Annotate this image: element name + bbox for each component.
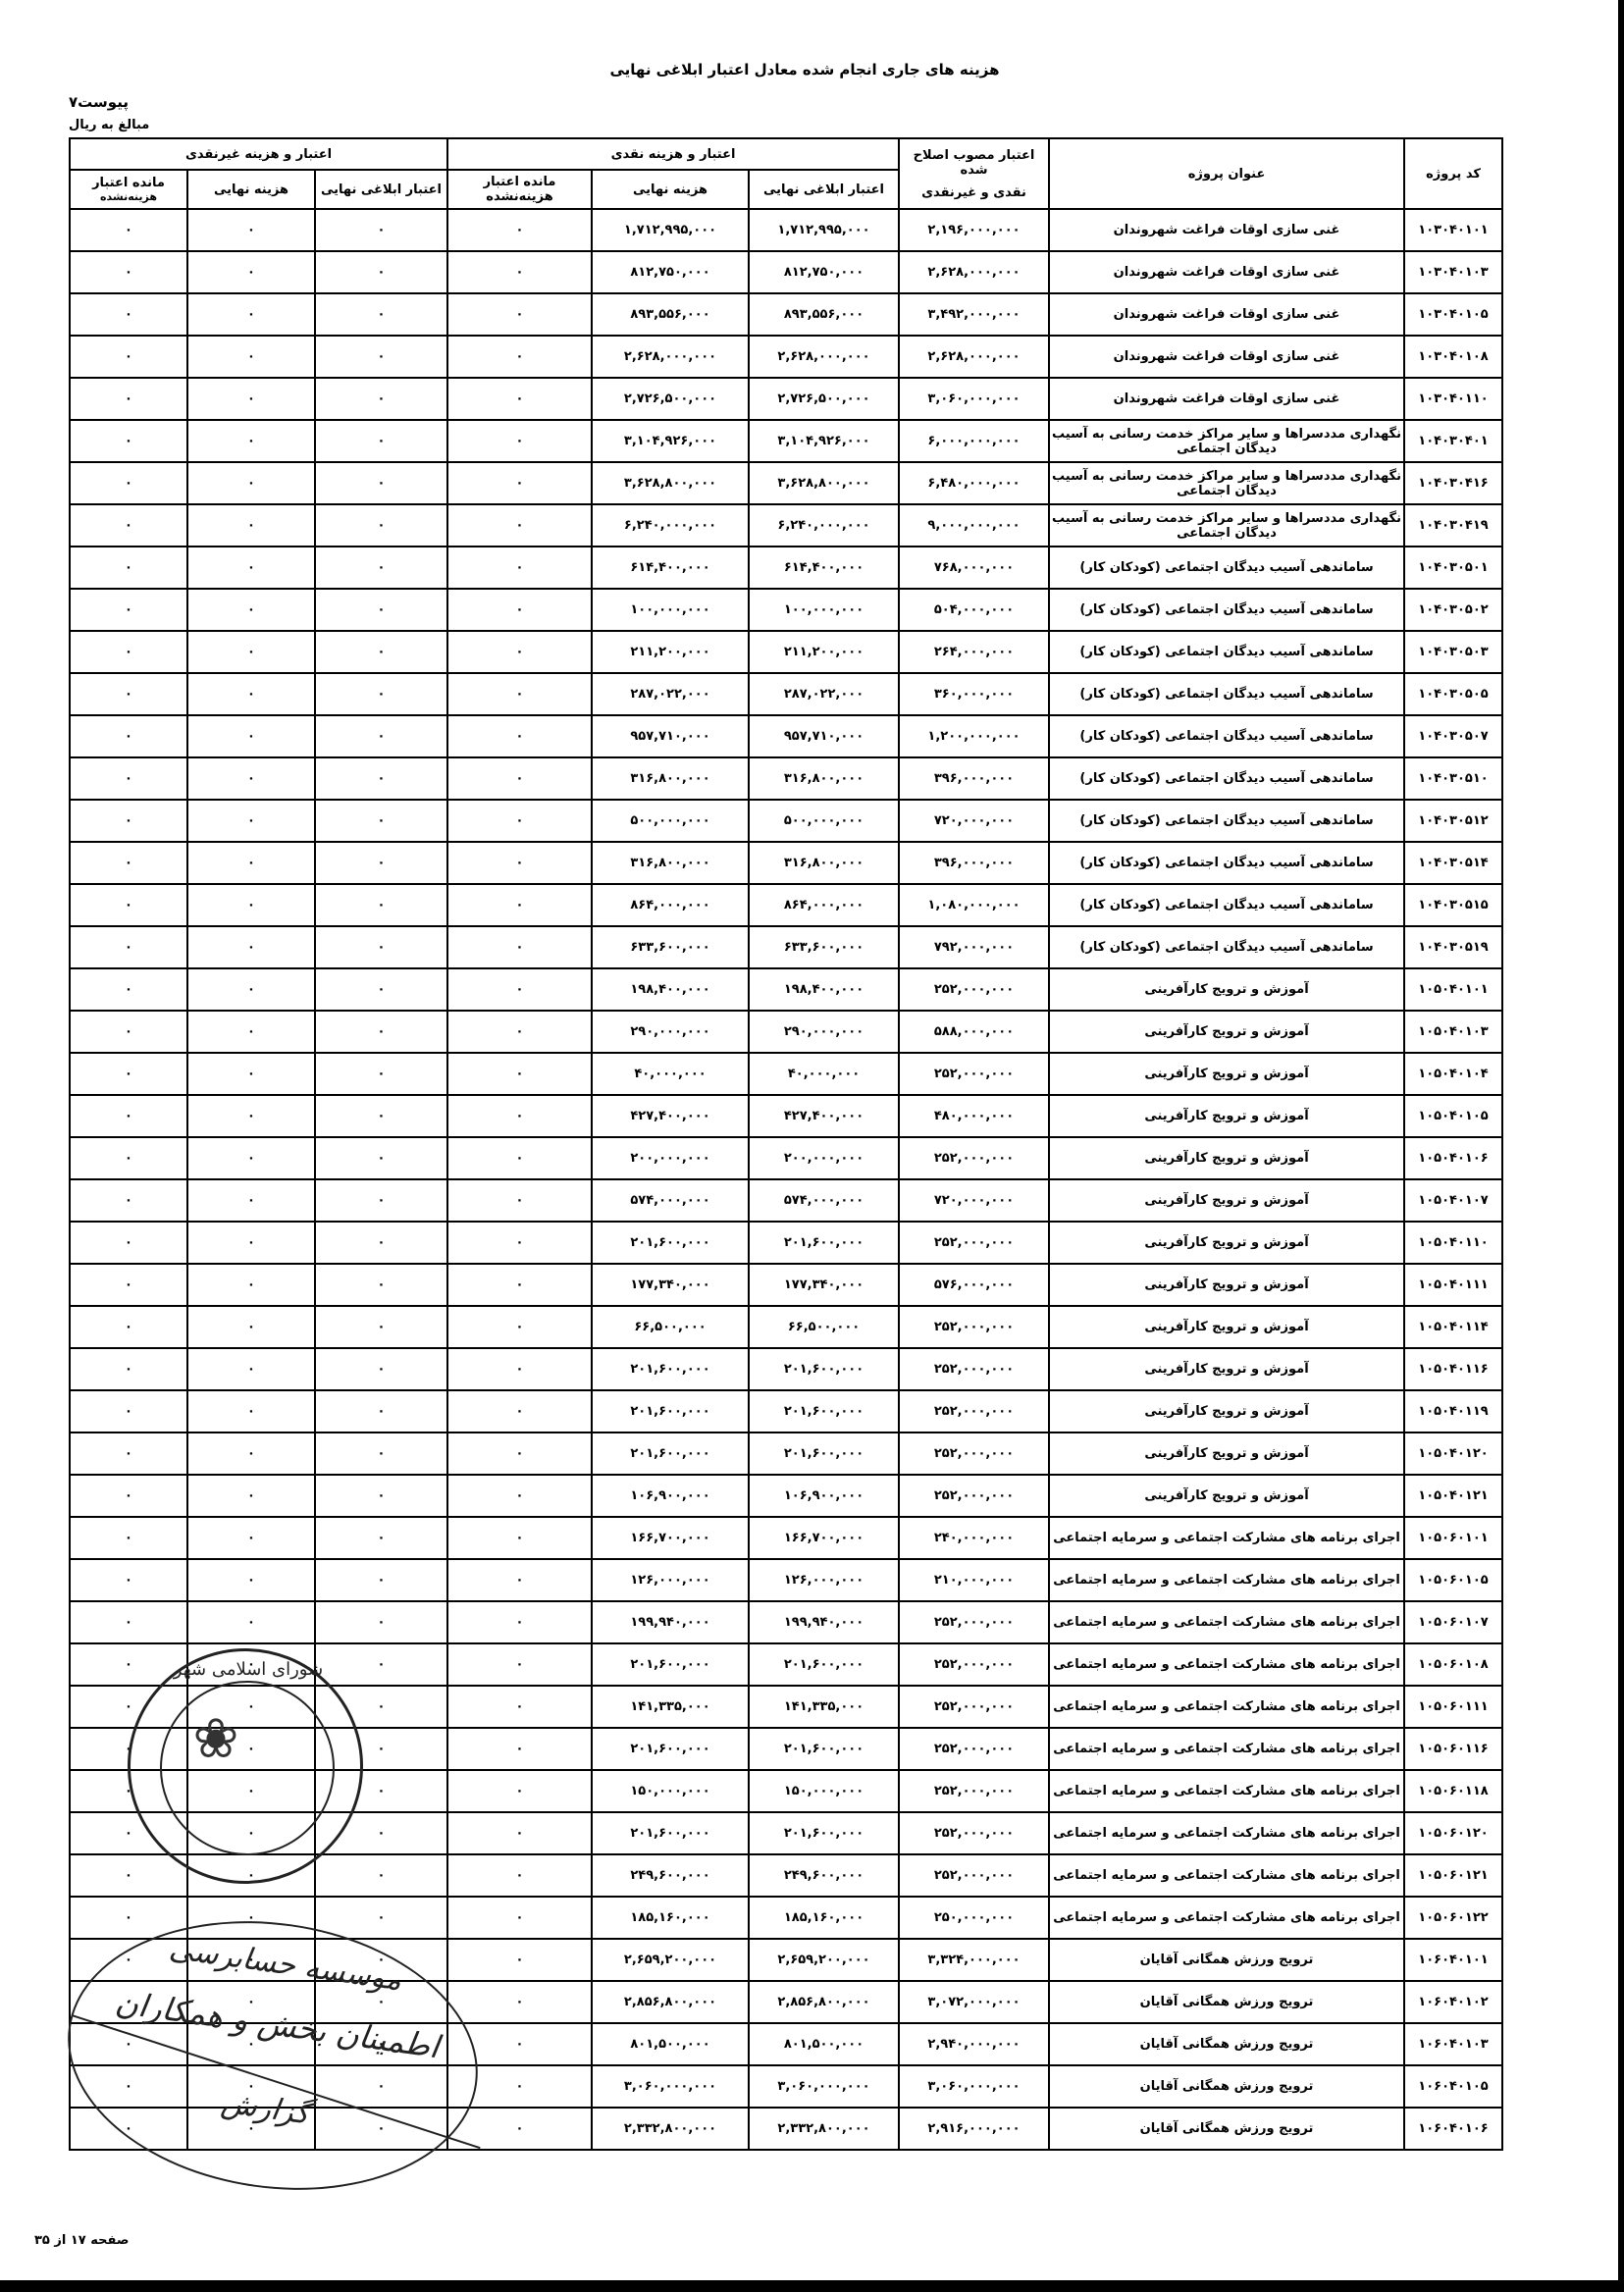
row-noncash-remaining: ۰ (70, 1348, 187, 1390)
row-cash-remaining: ۰ (447, 1475, 592, 1517)
row-noncash-remaining: ۰ (70, 1053, 187, 1095)
row-cash-allocated: ۶,۲۴۰,۰۰۰,۰۰۰ (749, 504, 899, 547)
row-cash-expense: ۳,۶۲۸,۸۰۰,۰۰۰ (592, 462, 749, 504)
row-cash-allocated: ۳۱۶,۸۰۰,۰۰۰ (749, 842, 899, 884)
row-noncash-allocated: ۰ (315, 1517, 447, 1559)
row-code: ۱۰۳۰۴۰۱۰۱ (1404, 209, 1502, 251)
row-cash-expense: ۶۳۳,۶۰۰,۰۰۰ (592, 926, 749, 968)
table-row: ۱۰۳۰۴۰۱۰۸غنی سازی اوقات فراغت شهروندان۲,… (70, 336, 1502, 378)
row-cash-allocated: ۵۰۰,۰۰۰,۰۰۰ (749, 800, 899, 842)
row-title: آموزش و ترویج کارآفرینی (1049, 1053, 1404, 1095)
row-approved: ۷۹۲,۰۰۰,۰۰۰ (899, 926, 1049, 968)
row-noncash-remaining: ۰ (70, 757, 187, 800)
row-code: ۱۰۴۰۳۰۵۰۷ (1404, 715, 1502, 757)
row-noncash-allocated: ۰ (315, 1854, 447, 1897)
row-title: آموزش و ترویج کارآفرینی (1049, 1390, 1404, 1432)
row-code: ۱۰۵۰۴۰۱۰۳ (1404, 1011, 1502, 1053)
row-title: نگهداری مددسراها و سایر مراکز خدمت رسانی… (1049, 504, 1404, 547)
row-noncash-remaining: ۰ (70, 504, 187, 547)
row-noncash-expense: ۰ (187, 1053, 315, 1095)
scan-edge (0, 2280, 1624, 2292)
row-cash-allocated: ۲,۶۵۹,۲۰۰,۰۰۰ (749, 1939, 899, 1981)
row-noncash-allocated: ۰ (315, 884, 447, 926)
table-row: ۱۰۵۰۴۰۱۱۶آموزش و ترویج کارآفرینی۲۵۲,۰۰۰,… (70, 1348, 1502, 1390)
row-noncash-remaining: ۰ (70, 1854, 187, 1897)
row-cash-remaining: ۰ (447, 1601, 592, 1643)
col-header-noncash-expense: هزینه نهایی (187, 170, 315, 209)
row-title: ساماندهی آسیب دیدگان اجتماعی (کودکان کار… (1049, 800, 1404, 842)
row-cash-remaining: ۰ (447, 1728, 592, 1770)
row-approved: ۲۴۰,۰۰۰,۰۰۰ (899, 1517, 1049, 1559)
row-cash-expense: ۱۹۹,۹۴۰,۰۰۰ (592, 1601, 749, 1643)
row-cash-expense: ۲,۸۵۶,۸۰۰,۰۰۰ (592, 1981, 749, 2023)
row-approved: ۲۶۴,۰۰۰,۰۰۰ (899, 631, 1049, 673)
row-noncash-allocated: ۰ (315, 1601, 447, 1643)
table-row: ۱۰۵۰۴۰۱۱۹آموزش و ترویج کارآفرینی۲۵۲,۰۰۰,… (70, 1390, 1502, 1432)
row-approved: ۱,۰۸۰,۰۰۰,۰۰۰ (899, 884, 1049, 926)
row-cash-remaining: ۰ (447, 1897, 592, 1939)
row-title: اجرای برنامه های مشارکت اجتماعی و سرمایه… (1049, 1728, 1404, 1770)
row-noncash-remaining: ۰ (70, 1517, 187, 1559)
row-code: ۱۰۴۰۳۰۵۱۰ (1404, 757, 1502, 800)
row-noncash-expense: ۰ (187, 673, 315, 715)
row-noncash-remaining: ۰ (70, 884, 187, 926)
row-approved: ۷۲۰,۰۰۰,۰۰۰ (899, 800, 1049, 842)
row-cash-allocated: ۲۸۷,۰۲۲,۰۰۰ (749, 673, 899, 715)
row-noncash-expense: ۰ (187, 1011, 315, 1053)
row-code: ۱۰۵۰۴۰۱۰۶ (1404, 1137, 1502, 1179)
row-approved: ۲,۹۴۰,۰۰۰,۰۰۰ (899, 2023, 1049, 2065)
table-row: ۱۰۵۰۶۰۱۰۷اجرای برنامه های مشارکت اجتماعی… (70, 1601, 1502, 1643)
table-row: ۱۰۴۰۳۰۵۱۴ساماندهی آسیب دیدگان اجتماعی (ک… (70, 842, 1502, 884)
table-row: ۱۰۴۰۳۰۵۱۹ساماندهی آسیب دیدگان اجتماعی (ک… (70, 926, 1502, 968)
row-cash-allocated: ۲۹۰,۰۰۰,۰۰۰ (749, 1011, 899, 1053)
row-title: آموزش و ترویج کارآفرینی (1049, 1264, 1404, 1306)
row-cash-expense: ۲۹۰,۰۰۰,۰۰۰ (592, 1011, 749, 1053)
row-approved: ۵۰۴,۰۰۰,۰۰۰ (899, 589, 1049, 631)
row-noncash-allocated: ۰ (315, 1390, 447, 1432)
council-seal-text: شورای اسلامی شهر (170, 1659, 327, 1680)
row-code: ۱۰۵۰۴۰۱۰۷ (1404, 1179, 1502, 1222)
row-code: ۱۰۴۰۳۰۴۰۱ (1404, 420, 1502, 462)
row-cash-allocated: ۲۰۱,۶۰۰,۰۰۰ (749, 1222, 899, 1264)
row-cash-remaining: ۰ (447, 1517, 592, 1559)
row-noncash-expense: ۰ (187, 209, 315, 251)
row-title: اجرای برنامه های مشارکت اجتماعی و سرمایه… (1049, 1601, 1404, 1643)
row-noncash-allocated: ۰ (315, 1559, 447, 1601)
row-cash-expense: ۲۰۱,۶۰۰,۰۰۰ (592, 1728, 749, 1770)
row-cash-allocated: ۵۷۴,۰۰۰,۰۰۰ (749, 1179, 899, 1222)
row-approved: ۴۸۰,۰۰۰,۰۰۰ (899, 1095, 1049, 1137)
row-noncash-allocated: ۰ (315, 968, 447, 1011)
row-title: ساماندهی آسیب دیدگان اجتماعی (کودکان کار… (1049, 631, 1404, 673)
table-row: ۱۰۵۰۴۰۱۱۰آموزش و ترویج کارآفرینی۲۵۲,۰۰۰,… (70, 1222, 1502, 1264)
row-code: ۱۰۴۰۳۰۵۱۴ (1404, 842, 1502, 884)
row-cash-remaining: ۰ (447, 1306, 592, 1348)
table-row: ۱۰۴۰۳۰۵۱۲ساماندهی آسیب دیدگان اجتماعی (ک… (70, 800, 1502, 842)
scan-edge (1618, 0, 1624, 2292)
row-code: ۱۰۶۰۴۰۱۰۱ (1404, 1939, 1502, 1981)
row-cash-allocated: ۳,۶۲۸,۸۰۰,۰۰۰ (749, 462, 899, 504)
row-cash-allocated: ۱۹۹,۹۴۰,۰۰۰ (749, 1601, 899, 1643)
row-code: ۱۰۴۰۳۰۵۱۹ (1404, 926, 1502, 968)
row-code: ۱۰۵۰۶۰۱۱۸ (1404, 1770, 1502, 1812)
row-title: ترویج ورزش همگانی آقایان (1049, 1939, 1404, 1981)
row-title: آموزش و ترویج کارآفرینی (1049, 1011, 1404, 1053)
row-cash-remaining: ۰ (447, 378, 592, 420)
row-code: ۱۰۵۰۴۰۱۰۴ (1404, 1053, 1502, 1095)
row-cash-expense: ۶۱۴,۴۰۰,۰۰۰ (592, 547, 749, 589)
row-cash-expense: ۱۷۷,۳۴۰,۰۰۰ (592, 1264, 749, 1306)
row-cash-allocated: ۲,۸۵۶,۸۰۰,۰۰۰ (749, 1981, 899, 2023)
row-cash-expense: ۵۷۴,۰۰۰,۰۰۰ (592, 1179, 749, 1222)
row-cash-remaining: ۰ (447, 1137, 592, 1179)
row-code: ۱۰۴۰۳۰۵۰۳ (1404, 631, 1502, 673)
row-cash-remaining: ۰ (447, 1643, 592, 1686)
row-cash-allocated: ۶۶,۵۰۰,۰۰۰ (749, 1306, 899, 1348)
row-approved: ۲۵۲,۰۰۰,۰۰۰ (899, 1053, 1049, 1095)
row-noncash-expense: ۰ (187, 504, 315, 547)
row-noncash-allocated: ۰ (315, 378, 447, 420)
table-row: ۱۰۴۰۳۰۵۰۲ساماندهی آسیب دیدگان اجتماعی (ک… (70, 589, 1502, 631)
row-title: اجرای برنامه های مشارکت اجتماعی و سرمایه… (1049, 1854, 1404, 1897)
row-noncash-expense: ۰ (187, 1095, 315, 1137)
table-row: ۱۰۴۰۳۰۵۱۰ساماندهی آسیب دیدگان اجتماعی (ک… (70, 757, 1502, 800)
row-approved: ۳۶۰,۰۰۰,۰۰۰ (899, 673, 1049, 715)
row-noncash-remaining: ۰ (70, 800, 187, 842)
row-cash-allocated: ۲۰۱,۶۰۰,۰۰۰ (749, 1643, 899, 1686)
row-cash-allocated: ۸۱۲,۷۵۰,۰۰۰ (749, 251, 899, 293)
row-cash-allocated: ۶۳۳,۶۰۰,۰۰۰ (749, 926, 899, 968)
row-cash-expense: ۴۲۷,۴۰۰,۰۰۰ (592, 1095, 749, 1137)
row-title: اجرای برنامه های مشارکت اجتماعی و سرمایه… (1049, 1517, 1404, 1559)
row-code: ۱۰۵۰۶۰۱۱۱ (1404, 1686, 1502, 1728)
row-cash-expense: ۱۴۱,۳۳۵,۰۰۰ (592, 1686, 749, 1728)
row-code: ۱۰۵۰۶۰۱۰۷ (1404, 1601, 1502, 1643)
row-code: ۱۰۴۰۳۰۵۰۵ (1404, 673, 1502, 715)
row-noncash-expense: ۰ (187, 715, 315, 757)
row-code: ۱۰۵۰۴۰۱۰۵ (1404, 1095, 1502, 1137)
row-code: ۱۰۴۰۳۰۴۱۹ (1404, 504, 1502, 547)
row-cash-remaining: ۰ (447, 1559, 592, 1601)
row-cash-allocated: ۱۴۱,۳۳۵,۰۰۰ (749, 1686, 899, 1728)
row-approved: ۲۵۲,۰۰۰,۰۰۰ (899, 1432, 1049, 1475)
row-noncash-expense: ۰ (187, 631, 315, 673)
row-code: ۱۰۴۰۳۰۵۰۲ (1404, 589, 1502, 631)
row-noncash-expense: ۰ (187, 378, 315, 420)
row-title: آموزش و ترویج کارآفرینی (1049, 1432, 1404, 1475)
row-cash-expense: ۱,۷۱۲,۹۹۵,۰۰۰ (592, 209, 749, 251)
row-approved: ۳,۰۶۰,۰۰۰,۰۰۰ (899, 2065, 1049, 2108)
row-code: ۱۰۶۰۴۰۱۰۲ (1404, 1981, 1502, 2023)
row-title: ترویج ورزش همگانی آقایان (1049, 2065, 1404, 2108)
row-cash-remaining: ۰ (447, 1053, 592, 1095)
document-title: هزینه های جاری انجام شده معادل اعتبار اب… (550, 61, 1060, 78)
row-noncash-expense: ۰ (187, 884, 315, 926)
row-code: ۱۰۵۰۶۰۱۲۲ (1404, 1897, 1502, 1939)
row-noncash-remaining: ۰ (70, 209, 187, 251)
row-title: اجرای برنامه های مشارکت اجتماعی و سرمایه… (1049, 1686, 1404, 1728)
row-cash-expense: ۱۸۵,۱۶۰,۰۰۰ (592, 1897, 749, 1939)
row-cash-allocated: ۲۱۱,۲۰۰,۰۰۰ (749, 631, 899, 673)
row-cash-expense: ۳,۰۶۰,۰۰۰,۰۰۰ (592, 2065, 749, 2108)
row-cash-expense: ۲۰۱,۶۰۰,۰۰۰ (592, 1432, 749, 1475)
row-approved: ۶,۴۸۰,۰۰۰,۰۰۰ (899, 462, 1049, 504)
row-cash-allocated: ۴۰,۰۰۰,۰۰۰ (749, 1053, 899, 1095)
table-row: ۱۰۵۰۴۰۱۱۱آموزش و ترویج کارآفرینی۵۷۶,۰۰۰,… (70, 1264, 1502, 1306)
row-noncash-expense: ۰ (187, 1559, 315, 1601)
row-cash-expense: ۱۶۶,۷۰۰,۰۰۰ (592, 1517, 749, 1559)
row-title: آموزش و ترویج کارآفرینی (1049, 1137, 1404, 1179)
row-noncash-expense: ۰ (187, 1390, 315, 1432)
row-title: ساماندهی آسیب دیدگان اجتماعی (کودکان کار… (1049, 589, 1404, 631)
row-cash-remaining: ۰ (447, 968, 592, 1011)
row-cash-remaining: ۰ (447, 1770, 592, 1812)
row-noncash-remaining: ۰ (70, 293, 187, 336)
row-title: غنی سازی اوقات فراغت شهروندان (1049, 251, 1404, 293)
row-approved: ۵۸۸,۰۰۰,۰۰۰ (899, 1011, 1049, 1053)
row-approved: ۲۵۲,۰۰۰,۰۰۰ (899, 1686, 1049, 1728)
row-noncash-remaining: ۰ (70, 968, 187, 1011)
row-noncash-expense: ۰ (187, 589, 315, 631)
row-noncash-expense: ۰ (187, 1348, 315, 1390)
row-title: نگهداری مددسراها و سایر مراکز خدمت رسانی… (1049, 462, 1404, 504)
col-header-approved: اعتبار مصوب اصلاح شده نقدی و غیرنقدی (899, 138, 1049, 209)
row-code: ۱۰۵۰۴۰۱۰۱ (1404, 968, 1502, 1011)
row-code: ۱۰۵۰۴۰۱۲۰ (1404, 1432, 1502, 1475)
row-noncash-expense: ۰ (187, 1264, 315, 1306)
table-row: ۱۰۵۰۴۰۱۰۳آموزش و ترویج کارآفرینی۵۸۸,۰۰۰,… (70, 1011, 1502, 1053)
row-cash-remaining: ۰ (447, 1095, 592, 1137)
row-cash-allocated: ۸۰۱,۵۰۰,۰۰۰ (749, 2023, 899, 2065)
row-approved: ۲,۶۲۸,۰۰۰,۰۰۰ (899, 336, 1049, 378)
row-cash-expense: ۸۹۳,۵۵۶,۰۰۰ (592, 293, 749, 336)
row-cash-allocated: ۲۰۱,۶۰۰,۰۰۰ (749, 1812, 899, 1854)
row-approved: ۹,۰۰۰,۰۰۰,۰۰۰ (899, 504, 1049, 547)
row-noncash-allocated: ۰ (315, 1053, 447, 1095)
row-title: ساماندهی آسیب دیدگان اجتماعی (کودکان کار… (1049, 926, 1404, 968)
row-cash-expense: ۱۰۰,۰۰۰,۰۰۰ (592, 589, 749, 631)
row-cash-expense: ۲۴۹,۶۰۰,۰۰۰ (592, 1854, 749, 1897)
row-approved: ۲۵۲,۰۰۰,۰۰۰ (899, 1475, 1049, 1517)
row-approved: ۲۵۲,۰۰۰,۰۰۰ (899, 1390, 1049, 1432)
table-row: ۱۰۵۰۶۰۱۰۵اجرای برنامه های مشارکت اجتماعی… (70, 1559, 1502, 1601)
row-approved: ۲۵۲,۰۰۰,۰۰۰ (899, 1643, 1049, 1686)
row-noncash-remaining: ۰ (70, 547, 187, 589)
table-row: ۱۰۵۰۴۰۱۱۴آموزش و ترویج کارآفرینی۲۵۲,۰۰۰,… (70, 1306, 1502, 1348)
row-code: ۱۰۵۰۴۰۱۱۱ (1404, 1264, 1502, 1306)
row-cash-expense: ۲۰۱,۶۰۰,۰۰۰ (592, 1812, 749, 1854)
row-code: ۱۰۶۰۴۰۱۰۳ (1404, 2023, 1502, 2065)
row-approved: ۲۵۲,۰۰۰,۰۰۰ (899, 1601, 1049, 1643)
row-noncash-remaining: ۰ (70, 631, 187, 673)
table-row: ۱۰۵۰۴۰۱۰۱آموزش و ترویج کارآفرینی۲۵۲,۰۰۰,… (70, 968, 1502, 1011)
col-header-noncash-remaining-line1: مانده اعتبار (71, 176, 186, 190)
row-cash-expense: ۹۵۷,۷۱۰,۰۰۰ (592, 715, 749, 757)
row-noncash-allocated: ۰ (315, 420, 447, 462)
row-code: ۱۰۴۰۳۰۵۱۵ (1404, 884, 1502, 926)
currency-unit-note: مبالغ به ریال (69, 118, 149, 132)
row-cash-allocated: ۲۰۱,۶۰۰,۰۰۰ (749, 1348, 899, 1390)
col-header-approved-line1: اعتبار مصوب اصلاح شده (900, 148, 1048, 178)
row-cash-allocated: ۲,۷۲۶,۵۰۰,۰۰۰ (749, 378, 899, 420)
row-noncash-allocated: ۰ (315, 715, 447, 757)
row-noncash-expense: ۰ (187, 842, 315, 884)
col-header-noncash-allocated: اعتبار ابلاغی نهایی (315, 170, 447, 209)
row-noncash-allocated: ۰ (315, 842, 447, 884)
group-header-cash: اعتبار و هزینه نقدی (447, 138, 899, 170)
row-code: ۱۰۳۰۴۰۱۰۵ (1404, 293, 1502, 336)
row-approved: ۲,۶۲۸,۰۰۰,۰۰۰ (899, 251, 1049, 293)
row-title: ساماندهی آسیب دیدگان اجتماعی (کودکان کار… (1049, 842, 1404, 884)
row-cash-remaining: ۰ (447, 842, 592, 884)
row-cash-remaining: ۰ (447, 1179, 592, 1222)
row-noncash-allocated: ۰ (315, 673, 447, 715)
row-approved: ۲۵۲,۰۰۰,۰۰۰ (899, 1137, 1049, 1179)
row-cash-remaining: ۰ (447, 1011, 592, 1053)
table-row: ۱۰۳۰۴۰۱۱۰غنی سازی اوقات فراغت شهروندان۳,… (70, 378, 1502, 420)
table-row: ۱۰۴۰۳۰۵۱۵ساماندهی آسیب دیدگان اجتماعی (ک… (70, 884, 1502, 926)
row-approved: ۲۵۲,۰۰۰,۰۰۰ (899, 968, 1049, 1011)
table-row: ۱۰۴۰۳۰۴۱۹نگهداری مددسراها و سایر مراکز خ… (70, 504, 1502, 547)
row-code: ۱۰۳۰۴۰۱۰۸ (1404, 336, 1502, 378)
seal-inner-ring (160, 1681, 335, 1855)
row-cash-allocated: ۲,۶۲۸,۰۰۰,۰۰۰ (749, 336, 899, 378)
row-approved: ۱,۲۰۰,۰۰۰,۰۰۰ (899, 715, 1049, 757)
row-title: ساماندهی آسیب دیدگان اجتماعی (کودکان کار… (1049, 715, 1404, 757)
table-row: ۱۰۴۰۳۰۵۰۵ساماندهی آسیب دیدگان اجتماعی (ک… (70, 673, 1502, 715)
row-cash-remaining: ۰ (447, 336, 592, 378)
row-noncash-expense: ۰ (187, 1222, 315, 1264)
row-noncash-remaining: ۰ (70, 1264, 187, 1306)
row-cash-allocated: ۸۹۳,۵۵۶,۰۰۰ (749, 293, 899, 336)
row-cash-remaining: ۰ (447, 1390, 592, 1432)
row-code: ۱۰۳۰۴۰۱۰۳ (1404, 251, 1502, 293)
row-noncash-allocated: ۰ (315, 1179, 447, 1222)
row-code: ۱۰۵۰۴۰۱۱۶ (1404, 1348, 1502, 1390)
row-cash-allocated: ۹۵۷,۷۱۰,۰۰۰ (749, 715, 899, 757)
row-cash-allocated: ۱۵۰,۰۰۰,۰۰۰ (749, 1770, 899, 1812)
row-noncash-expense: ۰ (187, 420, 315, 462)
row-cash-expense: ۳,۱۰۴,۹۲۶,۰۰۰ (592, 420, 749, 462)
row-noncash-allocated: ۰ (315, 209, 447, 251)
row-code: ۱۰۳۰۴۰۱۱۰ (1404, 378, 1502, 420)
row-noncash-allocated: ۰ (315, 504, 447, 547)
row-noncash-remaining: ۰ (70, 1601, 187, 1643)
row-cash-expense: ۲۰۱,۶۰۰,۰۰۰ (592, 1643, 749, 1686)
council-seal-stamp: شورای اسلامی شهر ❀ (128, 1648, 363, 1884)
row-title: ترویج ورزش همگانی آقایان (1049, 2108, 1404, 2150)
row-noncash-allocated: ۰ (315, 462, 447, 504)
row-cash-remaining: ۰ (447, 1686, 592, 1728)
row-cash-allocated: ۱,۷۱۲,۹۹۵,۰۰۰ (749, 209, 899, 251)
row-title: اجرای برنامه های مشارکت اجتماعی و سرمایه… (1049, 1897, 1404, 1939)
table-row: ۱۰۴۰۳۰۴۱۶نگهداری مددسراها و سایر مراکز خ… (70, 462, 1502, 504)
row-cash-allocated: ۲۰۱,۶۰۰,۰۰۰ (749, 1728, 899, 1770)
row-cash-expense: ۵۰۰,۰۰۰,۰۰۰ (592, 800, 749, 842)
row-noncash-allocated: ۰ (315, 926, 447, 968)
row-noncash-remaining: ۰ (70, 1475, 187, 1517)
row-cash-expense: ۲۱۱,۲۰۰,۰۰۰ (592, 631, 749, 673)
row-approved: ۲۵۲,۰۰۰,۰۰۰ (899, 1306, 1049, 1348)
row-cash-expense: ۲,۳۳۲,۸۰۰,۰۰۰ (592, 2108, 749, 2150)
row-approved: ۲۱۰,۰۰۰,۰۰۰ (899, 1559, 1049, 1601)
row-title: نگهداری مددسراها و سایر مراکز خدمت رسانی… (1049, 420, 1404, 462)
row-approved: ۲۵۲,۰۰۰,۰۰۰ (899, 1770, 1049, 1812)
row-noncash-expense: ۰ (187, 1475, 315, 1517)
col-header-cash-remaining: مانده اعتبار هزینه‌نشده (447, 170, 592, 209)
row-title: اجرای برنامه های مشارکت اجتماعی و سرمایه… (1049, 1770, 1404, 1812)
row-noncash-expense: ۰ (187, 1306, 315, 1348)
row-title: غنی سازی اوقات فراغت شهروندان (1049, 209, 1404, 251)
row-cash-remaining: ۰ (447, 800, 592, 842)
row-code: ۱۰۶۰۴۰۱۰۶ (1404, 2108, 1502, 2150)
row-noncash-remaining: ۰ (70, 673, 187, 715)
row-approved: ۲۵۰,۰۰۰,۰۰۰ (899, 1897, 1049, 1939)
row-cash-allocated: ۱۲۶,۰۰۰,۰۰۰ (749, 1559, 899, 1601)
row-title: ساماندهی آسیب دیدگان اجتماعی (کودکان کار… (1049, 547, 1404, 589)
row-noncash-expense: ۰ (187, 293, 315, 336)
row-cash-allocated: ۲۰۰,۰۰۰,۰۰۰ (749, 1137, 899, 1179)
row-code: ۱۰۵۰۴۰۱۱۰ (1404, 1222, 1502, 1264)
row-cash-allocated: ۱۸۵,۱۶۰,۰۰۰ (749, 1897, 899, 1939)
row-title: اجرای برنامه های مشارکت اجتماعی و سرمایه… (1049, 1812, 1404, 1854)
row-approved: ۲۵۲,۰۰۰,۰۰۰ (899, 1348, 1049, 1390)
row-approved: ۳,۴۹۲,۰۰۰,۰۰۰ (899, 293, 1049, 336)
row-cash-remaining: ۰ (447, 462, 592, 504)
row-title: غنی سازی اوقات فراغت شهروندان (1049, 378, 1404, 420)
row-cash-remaining: ۰ (447, 504, 592, 547)
row-approved: ۲۵۲,۰۰۰,۰۰۰ (899, 1222, 1049, 1264)
group-header-noncash: اعتبار و هزینه غیرنقدی (70, 138, 447, 170)
table-row: ۱۰۴۰۳۰۵۰۷ساماندهی آسیب دیدگان اجتماعی (ک… (70, 715, 1502, 757)
row-approved: ۳,۳۲۴,۰۰۰,۰۰۰ (899, 1939, 1049, 1981)
row-cash-remaining: ۰ (447, 589, 592, 631)
row-cash-expense: ۸۶۴,۰۰۰,۰۰۰ (592, 884, 749, 926)
row-noncash-remaining: ۰ (70, 715, 187, 757)
row-cash-allocated: ۲,۳۳۲,۸۰۰,۰۰۰ (749, 2108, 899, 2150)
page-number: صفحه ۱۷ از ۳۵ (34, 2233, 129, 2248)
row-cash-expense: ۳۱۶,۸۰۰,۰۰۰ (592, 842, 749, 884)
row-cash-expense: ۸۱۲,۷۵۰,۰۰۰ (592, 251, 749, 293)
row-noncash-allocated: ۰ (315, 800, 447, 842)
table-row: ۱۰۵۰۴۰۱۰۴آموزش و ترویج کارآفرینی۲۵۲,۰۰۰,… (70, 1053, 1502, 1095)
row-approved: ۲۵۲,۰۰۰,۰۰۰ (899, 1728, 1049, 1770)
row-code: ۱۰۶۰۴۰۱۰۵ (1404, 2065, 1502, 2108)
table-row: ۱۰۵۰۴۰۱۲۰آموزش و ترویج کارآفرینی۲۵۲,۰۰۰,… (70, 1432, 1502, 1475)
row-cash-expense: ۲,۶۲۸,۰۰۰,۰۰۰ (592, 336, 749, 378)
col-header-code: کد پروژه (1404, 138, 1502, 209)
row-cash-expense: ۱۰۶,۹۰۰,۰۰۰ (592, 1475, 749, 1517)
row-noncash-remaining: ۰ (70, 462, 187, 504)
row-cash-expense: ۲۰۰,۰۰۰,۰۰۰ (592, 1137, 749, 1179)
row-noncash-allocated: ۰ (315, 293, 447, 336)
row-cash-expense: ۲,۶۵۹,۲۰۰,۰۰۰ (592, 1939, 749, 1981)
row-title: ساماندهی آسیب دیدگان اجتماعی (کودکان کار… (1049, 884, 1404, 926)
row-cash-remaining: ۰ (447, 926, 592, 968)
row-cash-remaining: ۰ (447, 884, 592, 926)
row-cash-remaining: ۰ (447, 1222, 592, 1264)
row-code: ۱۰۵۰۶۰۱۲۰ (1404, 1812, 1502, 1854)
row-cash-allocated: ۴۲۷,۴۰۰,۰۰۰ (749, 1095, 899, 1137)
row-approved: ۲,۹۱۶,۰۰۰,۰۰۰ (899, 2108, 1049, 2150)
row-noncash-expense: ۰ (187, 757, 315, 800)
row-approved: ۳,۰۷۲,۰۰۰,۰۰۰ (899, 1981, 1049, 2023)
row-noncash-allocated: ۰ (315, 336, 447, 378)
row-cash-expense: ۸۰۱,۵۰۰,۰۰۰ (592, 2023, 749, 2065)
row-noncash-expense: ۰ (187, 251, 315, 293)
row-title: اجرای برنامه های مشارکت اجتماعی و سرمایه… (1049, 1559, 1404, 1601)
